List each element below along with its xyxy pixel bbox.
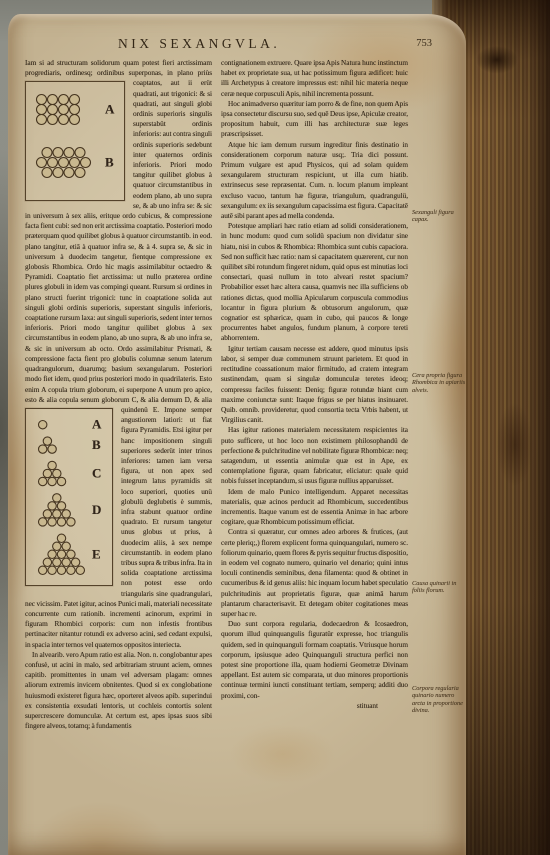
text-columns: Iam si ad structuram solidorum quam pote… — [8, 58, 457, 850]
right-text-column: contignationem extruere. Quare ipsa Apis… — [221, 58, 408, 850]
svg-text:D: D — [92, 502, 101, 517]
svg-text:B: B — [92, 437, 101, 452]
margin-note: Causa quinarii in foliis florum. — [412, 580, 466, 595]
paragraph-purpose: Hoc animadverso quæritur iam porro & de … — [221, 99, 408, 140]
paragraph-five-petals: Contra si quæratur, cur omnes adeo arbor… — [221, 527, 408, 619]
running-header: NIX SEXANGVLA. — [118, 36, 280, 52]
svg-text:A: A — [105, 102, 115, 117]
paragraph-solid-structure: Iam si ad structuram solidorum quam pote… — [25, 58, 212, 650]
paragraph-material-necessity: Has igitur rationes materialem necessita… — [221, 425, 408, 486]
margin-note: Corpora regularia quinario numero arcta … — [412, 685, 466, 714]
paragraph-three-reasons: Atque hic iam demum rursum ingreditur fi… — [221, 140, 408, 222]
paragraph-third-cause: Igitur tertiam causam necesse est addere… — [221, 344, 408, 426]
paragraph-capacity: Potestque ampliari hæc ratio etiam ad so… — [221, 221, 408, 343]
square-packing-figure: AB — [25, 81, 125, 200]
page-header: NIX SEXANGVLA. 753 — [8, 28, 466, 58]
svg-text:A: A — [92, 417, 102, 432]
book-page: NIX SEXANGVLA. 753 Iam si ad structuram … — [8, 14, 466, 855]
left-text-column: Iam si ad structuram solidorum quam pote… — [25, 58, 212, 850]
svg-text:C: C — [92, 465, 101, 480]
catchword: stituant — [221, 701, 408, 711]
pyramid-stacking-woodcut: ABCDE — [29, 414, 109, 577]
page-number: 753 — [416, 38, 432, 49]
square-packing-woodcut: AB — [29, 87, 121, 191]
margin-note: Cera propria figura Rhombica in apiariis… — [412, 372, 466, 394]
svg-text:E: E — [92, 546, 101, 561]
paragraph-regular-solids: Duo sunt corpora regularia, dodecaedron … — [221, 619, 408, 701]
paragraph-pomegranate: Idem de malo Punico intelligendum. Appar… — [221, 487, 408, 528]
margin-note: Sexanguli figura capax. — [412, 209, 466, 224]
paragraph-bee-hives: In alvearib. vero Apum ratio est alia. N… — [25, 650, 212, 732]
pyramid-stacking-figure: ABCDE — [25, 408, 113, 586]
paragraph-bee-nature: contignationem extruere. Quare ipsa Apis… — [221, 58, 408, 99]
svg-text:B: B — [105, 155, 114, 170]
